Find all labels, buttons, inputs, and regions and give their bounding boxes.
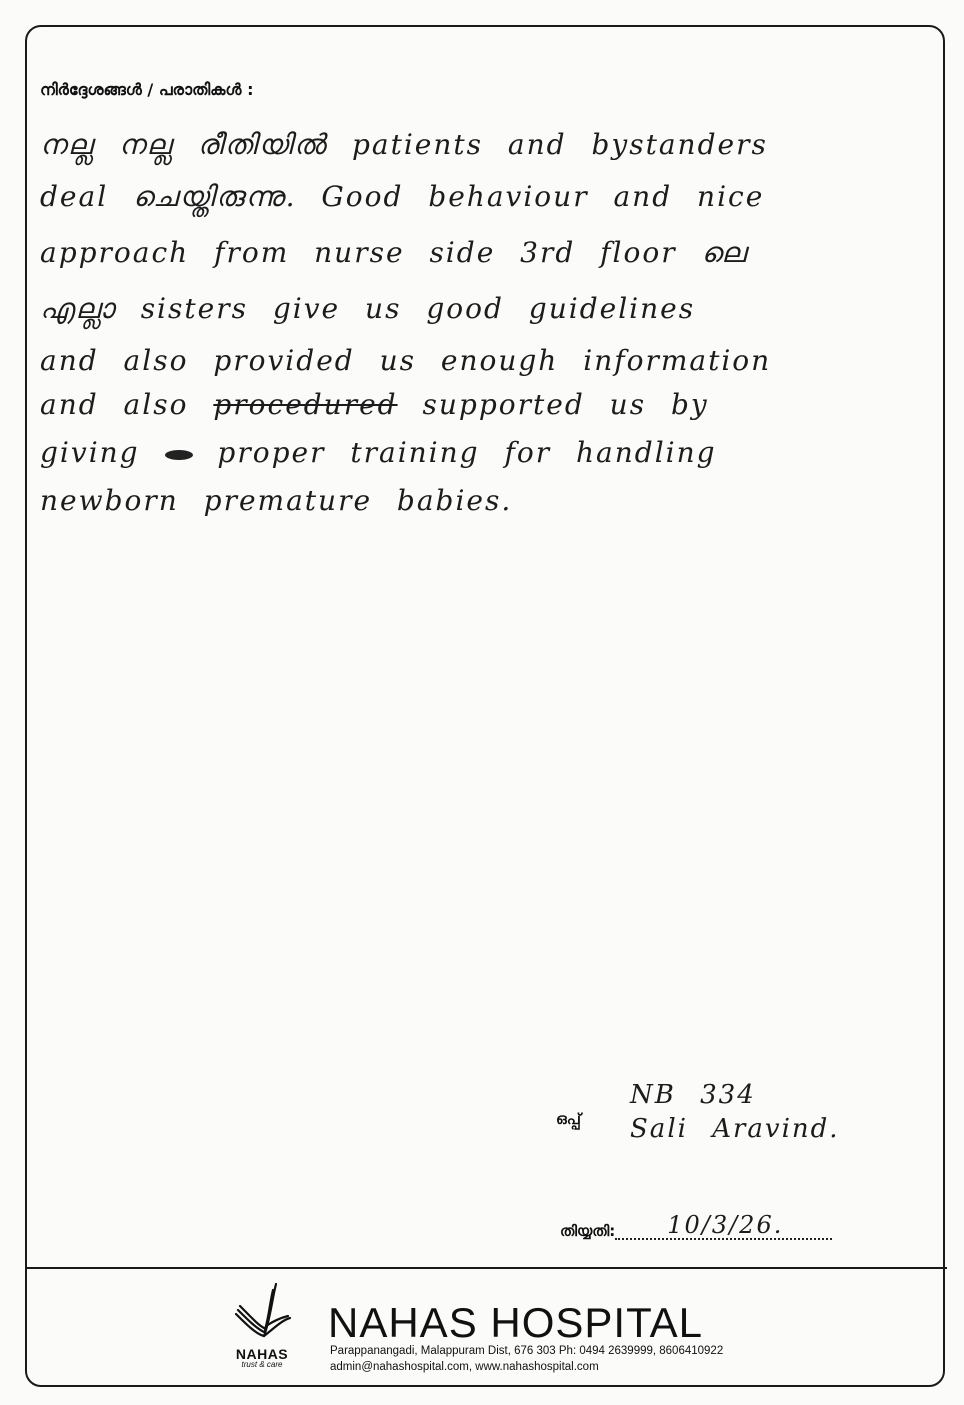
form-border	[25, 25, 945, 1387]
signature-id: NB 334	[630, 1078, 840, 1112]
feedback-line: നല്ല നല്ല രീതിയിൽ patients and bystander…	[40, 128, 768, 162]
feedback-line-end: supported us by	[423, 388, 709, 421]
footer-divider	[25, 1267, 947, 1269]
suggestions-complaints-heading: നിർദ്ദേശങ്ങൾ / പരാതികൾ :	[40, 80, 253, 100]
date-value: 10/3/26.	[615, 1212, 832, 1240]
hospital-name: NAHAS HOSPITAL	[328, 1301, 703, 1345]
feedback-line: approach from nurse side 3rd floor ലെ	[40, 236, 747, 270]
struck-out-word: procedured	[213, 388, 397, 421]
signature-value: NB 334 Sali Aravind.	[630, 1078, 840, 1146]
feedback-line: deal ചെയ്തിരുന്നു. Good behaviour and ni…	[40, 180, 764, 214]
hospital-address: Parappanangadi, Malappuram Dist, 676 303…	[330, 1345, 723, 1357]
hospital-logo: NAHAS trust & care	[232, 1280, 292, 1380]
feedback-line-end: proper training for handling	[217, 436, 716, 469]
date-row: തിയ്യതി: 10/3/26.	[560, 1212, 832, 1240]
signature-name: Sali Aravind.	[630, 1112, 840, 1146]
wing-logo-icon	[232, 1280, 292, 1346]
feedback-line: and also procedured supported us by	[40, 388, 709, 421]
date-label: തിയ്യതി:	[560, 1222, 615, 1240]
feedback-line: giving proper training for handling	[40, 436, 717, 469]
feedback-line: എല്ലാ sisters give us good guidelines	[40, 292, 695, 326]
feedback-line: newborn premature babies.	[40, 484, 512, 517]
feedback-line-start: and also	[40, 388, 188, 421]
signature-label: ഒപ്പ്	[556, 1110, 581, 1128]
scribble-mark	[165, 450, 193, 460]
feedback-line-start: giving	[40, 436, 140, 469]
hospital-contact: admin@nahashospital.com, www.nahashospit…	[330, 1361, 599, 1373]
feedback-line: and also provided us enough information	[40, 344, 771, 377]
